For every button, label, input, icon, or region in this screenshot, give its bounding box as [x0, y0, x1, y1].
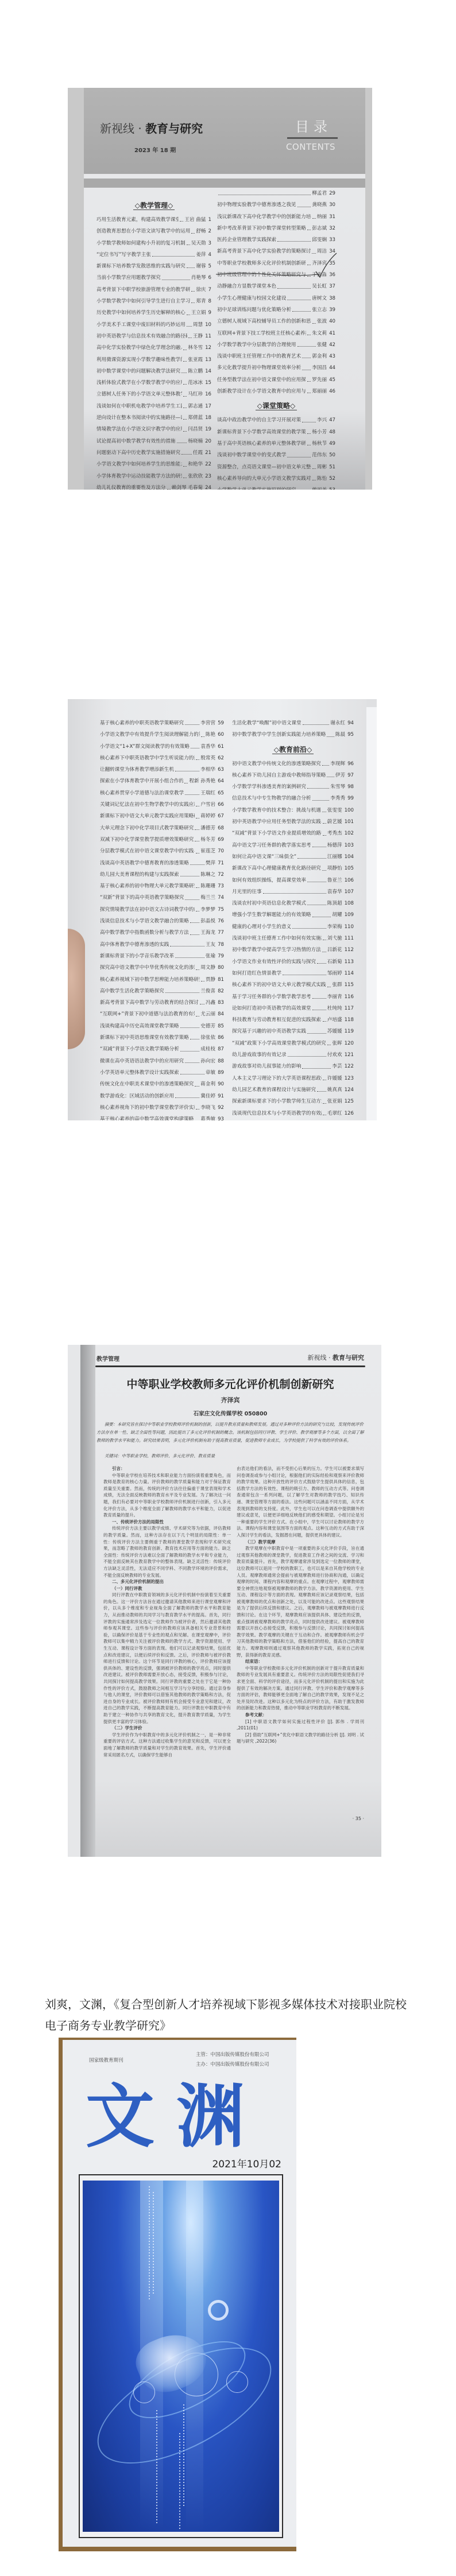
- toc-entry-page: 69: [218, 834, 224, 845]
- toc-entry-page: 82: [218, 986, 224, 997]
- dot-leader: [196, 880, 199, 888]
- toc-entry: 信息技术与中专生物教学的融合分析李秀秀99: [232, 793, 354, 804]
- dot-leader: [183, 412, 187, 420]
- toc-entry: 基于核心素养的中职英语教学策略研究李营营59: [100, 717, 224, 729]
- toc-entry: 动静融合方显数学课堂本色吴长虹37: [217, 281, 335, 292]
- toc-entry-page: 32: [329, 223, 335, 234]
- toc-entry-page: 52: [329, 473, 335, 484]
- toc-entry-page: 8: [208, 296, 211, 307]
- toc-entry: 巧用生活教育元素，构建高效教学课堂王岩 曲猛1: [96, 214, 211, 226]
- toc-entry-title: 如何有效组织操练，提高课堂效率: [232, 875, 306, 886]
- toc-entry: 小学数学大单元教学实施原则的研究曾丽美53: [217, 484, 335, 490]
- dot-leader: [183, 459, 187, 466]
- toc-entry-title: 谈高中政治教学中的自主学习开展对策: [217, 414, 301, 426]
- toc-entry-author: 殷常英: [200, 752, 215, 764]
- toc-entry-title: “双新”背景下的高中英语教学策略探究: [100, 892, 184, 903]
- toc-entry-title: 高中化学实验教学中绿色化学理念的融入路径探析: [96, 342, 182, 354]
- toc-entry-title: 初中足球训练问题与优化策略分析: [217, 304, 291, 316]
- dot-leader: [180, 1067, 204, 1074]
- dot-leader: [196, 752, 199, 760]
- toc-entry: 论如何打造初中英语教学的高效课堂杜纯纯117: [232, 1003, 354, 1014]
- toc-entry-title: 新高考背景下高中化学实验教学的策略探讨: [217, 246, 311, 257]
- toc-entry-title: “双减”政策下小学高效课堂教学模式的研究: [232, 1038, 326, 1049]
- dot-leader: [183, 389, 187, 396]
- toc-entry-page: 93: [218, 1114, 224, 1120]
- toc-entry-title: 分层教学模式在初中语文课堂教学中的实践与应用: [100, 845, 195, 857]
- dot-leader: [288, 1049, 326, 1057]
- toc-entry: 创造教育思想在小学语文读写教学中的运用实践舒畅2: [96, 226, 211, 237]
- toc-entry-author: 蒋金利: [200, 1078, 215, 1090]
- toc-entry-title: “双减”背景下小学语文作业提质增效的路径: [232, 828, 322, 839]
- toc-entry-title: 小学数学教师如何建构小升初的复习机制: [96, 238, 186, 249]
- toc-entry-page: 106: [345, 875, 354, 886]
- toc-entry-page: 59: [218, 717, 224, 729]
- dot-leader: [327, 1038, 331, 1045]
- toc-entry-author: 张晖: [332, 1038, 342, 1049]
- toc-entry: 任务型教学法在初中语文课堂中的应用探究罗先丽45: [217, 374, 335, 386]
- dot-leader: [297, 339, 316, 347]
- dot-leader: [292, 304, 311, 312]
- dot-leader: [263, 886, 326, 894]
- toc-entry-title: 初中语文教学中传统文化的渗透策略探究: [232, 758, 321, 770]
- toc-entry-title: 小学语文“1+X”群文阅读教学的有效策略: [100, 741, 190, 752]
- dot-leader: [312, 461, 316, 469]
- publication-caption: 刘爽，文渊，《复合型创新人才培养视域下影视多媒体技术对接职业院校电子商务专业教学…: [45, 1994, 412, 2036]
- article-page-photo: 教学管理 新视线 · 教育与研究 中等职业学校教师多元化评价机制创新研究 齐泽宾…: [68, 1345, 381, 1857]
- article-abstract: 摘要：本研究旨在探讨中等职业学校教师评价机制的创新，以提升教育质量和教师发展。通…: [96, 1421, 365, 1445]
- toc-entry-page: 107: [345, 886, 354, 898]
- toc-entry-page: 104: [345, 851, 354, 863]
- toc-entry: “双减”政策下小学高效课堂教学模式的研究张晖120: [232, 1038, 354, 1049]
- toc-entry: 核心素养视域下初中数学思辨能力培养策略研究贾静81: [100, 974, 224, 986]
- dot-leader: [190, 915, 200, 923]
- dot-leader: [187, 238, 190, 245]
- dot-leader: [303, 717, 330, 725]
- toc-entry-page: 13: [205, 354, 211, 366]
- dot-leader: [175, 1091, 199, 1098]
- toc-entry-author: 贾静: [206, 974, 215, 986]
- toc-entry-author: 周文静: [200, 962, 215, 973]
- toc-entry-author: 梅兰兰: [200, 892, 215, 903]
- toc-entry-author: 肖艳琴: [191, 272, 206, 284]
- toc-entry: 探究高中语文教学中中华优秀传统文化的渗透周文静80: [100, 962, 224, 973]
- toc-entry-author: 程新 孙秀艳: [189, 775, 215, 787]
- toc-entry-author: 彭志斌: [312, 223, 327, 234]
- toc-entry-title: 互联网+背景下技工学校班主任核心素养提升的研究: [217, 328, 306, 339]
- toc-entry-title: 核心素养下的初中语文大单元教学模式实践初探: [232, 979, 326, 991]
- dot-leader: [185, 787, 199, 795]
- toc-label-en: CONTENTS: [286, 142, 335, 152]
- article-right-column: 由表达他们的看法，而不受担心后果的压力。学生可以被要求填写问卷调查或参与小组讨论…: [237, 1465, 364, 1745]
- dot-leader: [183, 354, 187, 362]
- toc-entry: 谈高中政治教学中的自主学习开展对策李兴47: [217, 414, 335, 426]
- toc-entry-title: 浅谈中职班主任管理工作中的教育艺术: [217, 351, 301, 362]
- toc-entry-author: 毛翠红: [327, 1108, 342, 1119]
- toc-entry-author: 马红珍: [188, 389, 203, 400]
- facing-page-edge: [68, 1345, 80, 1857]
- toc-left-column: 基于核心素养的中职英语教学策略研究李营营59小学语文教学中有效提升学生阅读理解能…: [100, 717, 224, 1120]
- toc-entry-page: 41: [329, 328, 335, 339]
- toc-entry: 小学英语单元整体教学设计实践探索章敏89: [100, 1067, 224, 1078]
- article-paragraph: [1] 中职语文教学如何实施过程性评价 [J]. 郭伟 . 学周刊 ,2011(…: [237, 1718, 364, 1732]
- toc-entry-title: 高中数学教学中指数函数分析与教学方法: [100, 927, 189, 938]
- dot-leader: [307, 258, 311, 265]
- dot-leader: [188, 331, 192, 338]
- toc-entry-page: 43: [329, 351, 335, 362]
- toc-entry-author: 王岩 曲猛: [184, 214, 206, 226]
- toc-entry-author: 和艳华: [188, 459, 203, 470]
- toc-entry: 微课在高中英语语法教学中的应用研究孙向宏88: [100, 1056, 224, 1067]
- toc-entry: 小学语文教学中如何培养学生的思维能力和艳华22: [96, 459, 211, 470]
- dot-leader: [175, 764, 199, 771]
- toc-entry: 初中数学课堂中的问题解决教学法研究陈立鹏14: [96, 366, 211, 377]
- toc-entry: 科技教育与劳动教育相互促进的实践探索与评估卢培盛118: [232, 1014, 354, 1026]
- section-heading: ◇课堂策略◇: [217, 397, 335, 414]
- toc-entry-author: 龚晓燕: [312, 199, 327, 211]
- toc-entry-title: 幼儿园大美育课程的构建与实践探索: [100, 869, 179, 880]
- toc-entry-page: 121: [345, 1049, 354, 1061]
- toc-entry-page: 49: [329, 438, 335, 449]
- toc-entry-author: 伊芳: [335, 770, 345, 781]
- toc-entry-title: 逆向设计在整本书阅读中的实施路径—以《夏洛的网》为例: [96, 412, 182, 424]
- toc-entry-title: 小学体育教学中运动技能教学方法的研究: [96, 471, 182, 482]
- toc-entry: 如何有效组织操练，提高课堂效率鲁亚兰106: [232, 875, 354, 886]
- toc-entry: 柳孟君29: [217, 188, 335, 199]
- dot-leader: [180, 869, 200, 876]
- toc-entry-title: 基于核心素养的初中物理大单元教学策略研究: [100, 880, 195, 892]
- toc-entry-author: 任霞: [193, 447, 203, 459]
- dot-leader: [327, 770, 334, 777]
- toc-entry: 幼儿礼仪教育的重要性及方法分析赖剑琴 毛春菊24: [96, 482, 211, 490]
- finger: [68, 929, 85, 1049]
- dot-leader: [312, 211, 316, 219]
- dot-leader: [190, 1032, 200, 1039]
- toc-entry-page: 80: [218, 962, 224, 973]
- toc-entry: 浅谈高中英语教学中德育教育的渗透策略樊萍71: [100, 858, 224, 869]
- toc-entry-author: 张亚霞: [188, 354, 203, 366]
- toc-entry: 探索新课标要求下的小学数学师生互动方式与效果评估研究张亚娟125: [232, 1096, 354, 1107]
- toc-entry: 小学美术手工课堂中废旧材料的巧妙运用周慧10: [96, 319, 211, 331]
- article-paragraph: [2] 借助“互联网+”优化中职语文教学的路径分析 [J]. 刘明 . 试题与研…: [237, 1732, 364, 1745]
- toc-entry-page: 91: [218, 1091, 224, 1102]
- dot-leader: [184, 775, 188, 783]
- toc-entry-title: 当前小学数学应用题教学探究: [96, 272, 161, 284]
- toc-entry-author: 孙向宏: [200, 1056, 215, 1067]
- dot-leader: [312, 909, 331, 917]
- toc-entry-author: 袁春华: [327, 886, 342, 898]
- toc-entry-author: 户雪岩: [200, 799, 215, 810]
- toc-entry-author: 陈晨: [335, 729, 345, 740]
- toc-entry-title: 立德树人任务下的小学语文单元整体教学设计: [96, 389, 182, 400]
- toc-entry-title: 小学数学教学中分层教学的合理使用: [217, 339, 296, 351]
- toc-entry-page: 45: [329, 374, 335, 386]
- journal-title: 新视线 · 教育与研究: [100, 119, 203, 136]
- toc-entry-title: 高中语文学习任务群的教学落实思考: [232, 840, 311, 851]
- toc-entry: 小学体育教学中运动技能教学方法的研究张欣欣23: [96, 471, 211, 482]
- toc-entry-page: 12: [205, 342, 211, 354]
- toc-entry-author: 谢永红: [330, 717, 345, 729]
- toc-entry-page: 97: [347, 770, 354, 781]
- toc-entry-page: 94: [347, 717, 354, 729]
- toc-entry-page: 79: [218, 951, 224, 962]
- toc-entry-page: 86: [218, 1032, 224, 1043]
- article-affiliation: 石家庄文化传媒学校 050800: [95, 1409, 365, 1417]
- toc-entry-page: 1: [208, 214, 211, 226]
- dot-leader: [323, 1073, 326, 1080]
- toc-entry-page: 40: [329, 316, 335, 327]
- page-edge: [366, 707, 377, 1120]
- dot-leader: [167, 482, 171, 490]
- toc-entry-page: 15: [205, 377, 211, 389]
- toc-entry-title: 动静融合方显数学课堂本色: [217, 281, 276, 292]
- toc-entry-page: 118: [345, 1014, 354, 1026]
- toc-entry-title: 小学语文作业有效性评价的实践与探究: [232, 956, 316, 968]
- toc-entry-title: 核心素养下幼儿园自主游戏中教师指导策略: [232, 770, 326, 781]
- dot-leader: [322, 944, 326, 952]
- toc-page-2: 基于核心素养的中职英语教学策略研究李营营59小学语文教学中有效提升学生阅读理解能…: [68, 699, 366, 1120]
- toc-entry-title: 初中数学课堂中的问题解决教学法研究: [96, 366, 180, 377]
- toc-entry-title: 问题驱动下高中历史教学实施措施研究: [96, 447, 180, 459]
- toc-entry-author: 罗先丽: [312, 374, 327, 386]
- article-paragraph: 传统评价方法主要以教学成绩、学术研究等为依据，评估教师的教学质量。然而，这种方法…: [103, 1525, 231, 1578]
- toc-entry-title: 小学数学教学中如何引导学生进行自主学习: [96, 296, 190, 307]
- dot-leader: [322, 1119, 326, 1120]
- toc-entry-title: 微课在高中英语语法教学中的应用研究: [100, 1056, 184, 1067]
- divider: [287, 137, 338, 139]
- toc-entry-page: 24: [205, 482, 211, 490]
- toc-entry-page: 9: [208, 307, 211, 319]
- toc-entry-title: 游戏故事对幼儿叙事能力的影响: [232, 1061, 301, 1072]
- toc-entry-page: 63: [218, 764, 224, 775]
- dot-leader: [191, 741, 199, 748]
- toc-entry: 小学数学教育中的技术整合：挑战与机遇张雯雯100: [232, 805, 354, 816]
- toc-entry-author: 李荣梅: [327, 921, 342, 933]
- toc-entry-author: 刘弋驰: [327, 933, 342, 944]
- toc-entry-author: 徐庆: [196, 284, 206, 296]
- toc-entry-title: 多元化教学提升初中物理课堂效率分析: [217, 362, 301, 374]
- toc-entry-page: 102: [345, 828, 354, 839]
- dot-leader: [195, 823, 199, 830]
- toc-entry-author: 葛秀敏: [200, 1114, 215, 1120]
- toc-entry-page: 108: [345, 898, 354, 909]
- dot-leader: [181, 447, 192, 455]
- toc-entry: 基于核心素养的初中物理大单元教学策略研究陈珊珊73: [100, 880, 224, 892]
- toc-entry-author: 徐张依: [200, 1032, 215, 1043]
- toc-entry-title: 探索新课标要求下的小学数学师生互动方式与效果评估研究: [232, 1096, 322, 1107]
- article-heading: 一、传统评价方法的局限性: [103, 1519, 231, 1526]
- toc-entry-title: 浅谈高中英语教学中德育教育的渗透策略: [100, 858, 189, 869]
- toc-entry-author: 王瑞红: [200, 787, 215, 799]
- toc-entry: 初中英语教学与信息技术有效融合的路径研究王静11: [96, 331, 211, 342]
- toc-entry-title: 小学数学大单元教学实施原则的研究: [217, 484, 296, 490]
- toc-entry: 高中数学教学中指数函数分析与教学方法王海龙77: [100, 927, 224, 938]
- toc-entry-page: 116: [345, 991, 354, 1003]
- dot-leader: [323, 1108, 326, 1115]
- dot-leader: [307, 386, 311, 393]
- toc-entry-author: 尤云丽: [200, 1008, 215, 1020]
- article-page: 教学管理 新视线 · 教育与研究 中等职业学校教师多元化评价机制创新研究 齐泽宾…: [95, 1345, 381, 1857]
- toc-page-1-photo: 新视线 · 教育与研究 2023 年 18 期 目录 CONTENTS ◇教学管…: [68, 88, 372, 490]
- toc-entry-author: 彭晶悦: [200, 915, 215, 927]
- toc-entry: 小学生心理健康与校园文化建设唐树文38: [217, 293, 335, 304]
- dot-leader: [175, 951, 204, 958]
- toc-entry-author: 李国昌: [312, 362, 327, 374]
- toc-entry-author: 郑倩蓝: [188, 412, 203, 424]
- toc-entry: 初中物理实验教学中德育渗透之我见龚晓燕30: [217, 199, 335, 211]
- dot-leader: [307, 1026, 326, 1033]
- dot-leader: [283, 968, 326, 975]
- toc-entry-author: 王海龙: [200, 927, 215, 938]
- toc-entry-title: 立德树人视域下高校辅导员工作的创新和思考: [217, 316, 311, 327]
- toc-entry: 初中英语教学中应用任务型教学法的实践与反思蔚艺媛101: [232, 816, 354, 828]
- toc-entry-title: 新课标背景下的小学音乐教学改革: [100, 951, 174, 962]
- dot-leader: [317, 1084, 326, 1092]
- toc-entry-title: 探究基于兴趣的初中英语教学实践: [232, 1026, 306, 1037]
- toc-entry-author: 苏媛媛: [327, 1026, 342, 1037]
- toc-entry: 多元化教学提升初中物理课堂效率分析李国昌44: [217, 362, 335, 374]
- toc-entry: 小学语文教学中有效提升学生阅读理解能力的策略研究陈艳60: [100, 729, 224, 740]
- toc-entry-title: 基于学习任务群的小学数学教学思考: [232, 991, 311, 1003]
- toc-entry-author: 许媛媛: [327, 1073, 342, 1084]
- toc-entry-author: 郭金利: [312, 351, 327, 362]
- toc-entry-author: 陈顶超: [327, 898, 342, 909]
- dot-leader: [297, 199, 311, 207]
- toc-entry-author: 吕新花: [327, 944, 342, 956]
- dot-leader: [312, 1003, 326, 1010]
- dot-leader: [196, 962, 199, 969]
- toc-entry-author: 潘德芳: [200, 823, 215, 834]
- dot-leader: [307, 223, 311, 230]
- toc-entry-title: 浅谈构建高中历史高效课堂教学策略: [100, 1021, 179, 1032]
- cover-artwork: [83, 2181, 279, 2532]
- dot-leader: [277, 281, 311, 288]
- toc-entry-page: 71: [218, 858, 224, 869]
- toc-entry-title: 生活化教学“唤醒”初中语文课堂: [232, 717, 302, 729]
- toc-entry-author: 林冬雪: [188, 342, 203, 354]
- toc-entry-page: 64: [218, 775, 224, 787]
- toc-entry: 初中足球训练问题与优化策略分析张立志39: [217, 304, 335, 316]
- dot-leader: [196, 845, 199, 853]
- data-stream: [156, 2410, 157, 2525]
- toc-entry-author: 唐树文: [312, 293, 327, 304]
- toc-entry-author: 陈珊珊: [200, 880, 215, 892]
- toc-entry: 试论提高初中数学教学有效性的措施杨晓楠20: [96, 436, 211, 447]
- toc-entry-title: 任务型教学法在初中语文课堂中的应用探究: [217, 374, 306, 386]
- toc-entry-title: 月光里的往事: [232, 886, 262, 898]
- toc-entry-title: 基于高中英语核心素养的单元整体教学研究与实施: [217, 438, 306, 449]
- toc-entry-page: 83: [218, 997, 224, 1008]
- dot-leader: [312, 473, 316, 480]
- toc-entry-author: 谢蓉: [196, 261, 206, 272]
- toc-entry: 当前小学数学应用题教学探究肖艳琴6: [96, 272, 211, 284]
- toc-entry-page: 60: [218, 729, 224, 740]
- toc-entry: 幼儿园大美育课程的构建与实践探索陈琳之72: [100, 869, 224, 880]
- toc-entry: 小学语文“1+X”群文阅读教学的有效策略袁香华61: [100, 741, 224, 752]
- dot-leader: [196, 1008, 199, 1016]
- toc-entry-page: 17: [205, 401, 211, 412]
- toc-entry: 高中数学生活化教学策略探究兰俊喜82: [100, 986, 224, 997]
- toc-entry-title: 小学语文教学中如何培养学生的思维能力: [96, 459, 182, 470]
- dot-leader: [196, 799, 199, 806]
- dot-leader: [292, 921, 326, 929]
- toc-entry: 探究情境教学法在初中语文古诗词教学中的应用李梦梦75: [100, 904, 224, 915]
- toc-entry: “双减”背景下小学语文作业提质增效的路径考秀杰102: [232, 828, 354, 839]
- toc-entry: 数学游戏化：区域活动的创新应用冀佳婷91: [100, 1091, 224, 1102]
- toc-entry-title: 试论提高初中数学教学有效性的措施: [96, 436, 176, 447]
- toc-entry-title: 高中数学生活化教学策略探究: [100, 986, 164, 997]
- toc-entry-title: 核心素养导向的大单元小学语文教学实践对策探析: [217, 473, 311, 484]
- toc-entry-author: 范冰冰: [188, 377, 203, 389]
- dot-leader: [327, 979, 331, 987]
- toc-entry: 月光里的往事袁春华107: [232, 886, 354, 898]
- toc-entry-author: 郑青: [196, 296, 206, 307]
- toc-entry-author: 崔莲芝: [200, 845, 215, 857]
- toc-entry: 新课标下初中语文大单元教学实践应用策略研究蒋婷婷67: [100, 810, 224, 822]
- toc-entry: 增强小学生数学解题能力的有效策略胡耀109: [232, 909, 354, 921]
- dot-leader: [195, 834, 199, 841]
- toc-entry-page: 53: [329, 484, 335, 490]
- article-paragraph: 中等职业学校教师多元化评价机制的创新对于提升教育质量和教师的专业发展具有重要意义…: [237, 1665, 364, 1712]
- dot-leader: [302, 414, 316, 422]
- toc-entry-page: 3: [208, 238, 211, 249]
- toc-entry: 游戏故事对幼儿叙事能力的影响李芸122: [232, 1061, 354, 1072]
- toc-entry: 资源整合，点亮语文课堂—初中语文单元整体教学策略分析周彬51: [217, 461, 335, 473]
- toc-entry-author: 张群: [332, 979, 342, 991]
- toc-entry-page: 92: [218, 1102, 224, 1114]
- toc-entry-author: 朱雪琴: [330, 781, 345, 793]
- data-stream: [183, 2404, 184, 2508]
- toc-entry: 高考背景下中职学校旅游管理专业的教学研究徐庆7: [96, 284, 211, 296]
- toc-entry-author: 李相华: [200, 764, 215, 775]
- dot-leader: [323, 933, 326, 940]
- dot-leader: [183, 401, 187, 408]
- dot-leader: [180, 214, 183, 222]
- toc-entry-page: 11: [205, 331, 211, 342]
- toc-entry-author: 舒畅: [196, 226, 206, 237]
- toc-entry-title: 科技教育与劳动教育相互促进的实践探索与评估: [232, 1014, 322, 1026]
- toc-entry-author: 邓美林: [327, 1119, 342, 1120]
- toc-entry-author: 陈立鹏: [188, 366, 203, 377]
- toc-entry-author: 陈琳之: [200, 869, 215, 880]
- dot-leader: [162, 272, 190, 280]
- toc-entry-title: 初中数学教学中提高学生学习热情的方法: [232, 944, 321, 956]
- dot-leader: [297, 851, 326, 859]
- running-head-section: 教学管理: [96, 1354, 119, 1363]
- toc-entry-title: 数学游戏化：区域活动的创新应用: [100, 1091, 174, 1102]
- toc-entry-author: 郑丽丽: [312, 386, 327, 397]
- toc-entry-page: 84: [218, 1008, 224, 1020]
- toc-entry: 基于学习任务群的小学数学教学思考李丽青116: [232, 991, 354, 1003]
- toc-entry-page: 90: [218, 1078, 224, 1090]
- toc-entry-title: 关键词记忆法在初中生物学教学中的实践应用: [100, 799, 195, 810]
- toc-entry-page: 122: [345, 1061, 354, 1072]
- dot-leader: [200, 997, 204, 1004]
- toc-right-column: 柳孟君29初中物理实验教学中德育渗透之我见龚晓燕30浅议新课改下高中化学教学中的…: [217, 188, 335, 490]
- dot-leader: [183, 377, 187, 385]
- dot-leader: [177, 436, 187, 443]
- toc-entry: 核心素养视角下的初中数学课堂教学评价实施李晓飞92: [100, 1102, 224, 1114]
- toc-entry-title: 人本主义学习理论下的大学英语课程思政研究: [232, 1073, 322, 1084]
- toc-entry-title: 健康的心理对小学生的意义: [232, 921, 291, 933]
- toc-entry-title: 创新教学设计在小学语文教育中的应用与效果评估: [217, 386, 306, 397]
- toc-entry-page: 115: [345, 979, 354, 991]
- toc-left-column: ◇教学管理◇ 巧用生活教育元素，构建高效教学课堂王岩 曲猛1创造教育思想在小学语…: [96, 197, 211, 490]
- toc-entry: “双新”背景下的高中英语教学策略探究梅兰兰74: [100, 892, 224, 903]
- toc-entry-author: 吴长虹: [312, 281, 327, 292]
- toc-entry: 新课标背景下的小学音乐教学改革张瑜79: [100, 951, 224, 962]
- toc-entry: 探索在小学体育教学中开展小组合作的策略程新 孙秀艳64: [100, 775, 224, 787]
- data-stream: [149, 2186, 150, 2301]
